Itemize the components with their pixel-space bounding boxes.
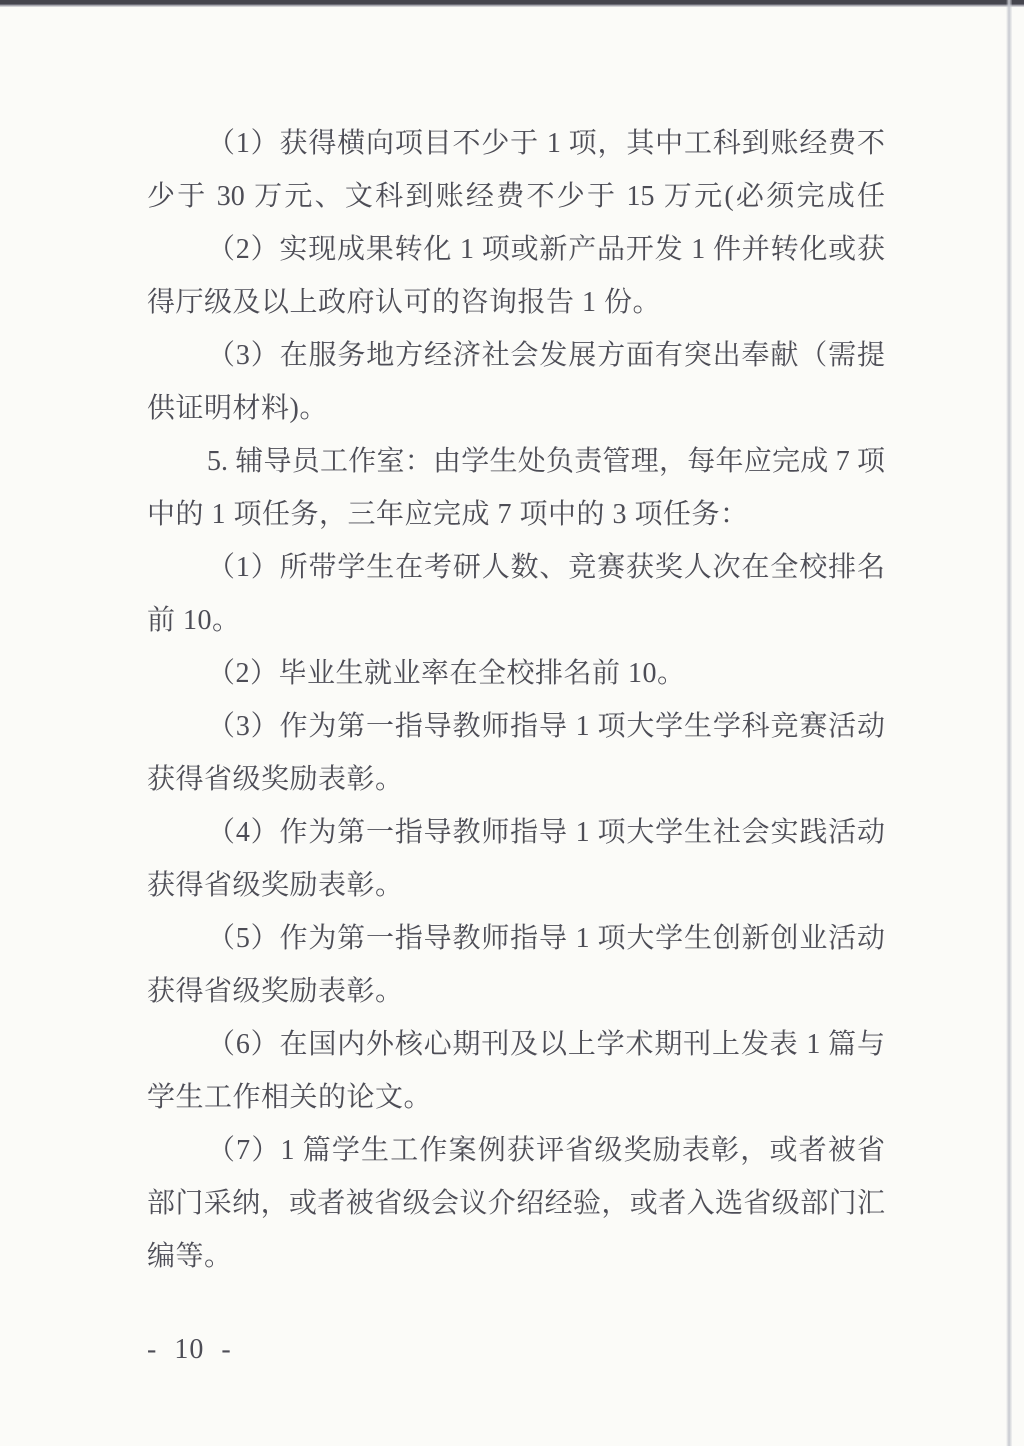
paragraph: （5）作为第一指导教师指导 1 项大学生创新创业活动获得省级奖励表彰。 bbox=[147, 912, 885, 1018]
document-text: （1）获得横向项目不少于 1 项，其中工科到账经费不少于 30 万元、文科到账经… bbox=[147, 117, 885, 1283]
paragraph: （4）作为第一指导教师指导 1 项大学生社会实践活动获得省级奖励表彰。 bbox=[147, 806, 885, 912]
text-line: （1）所带学生在考研人数、竞赛获奖人次在全校排名 bbox=[147, 541, 885, 594]
text-line: 前 10。 bbox=[147, 594, 885, 647]
text-line: 获得省级奖励表彰。 bbox=[147, 859, 885, 912]
text-line: （3）在服务地方经济社会发展方面有突出奉献（需提 bbox=[147, 329, 885, 382]
text-line: （2）毕业生就业率在全校排名前 10。 bbox=[147, 647, 885, 700]
text-line: 学生工作相关的论文。 bbox=[147, 1071, 885, 1124]
text-line: 获得省级奖励表彰。 bbox=[147, 965, 885, 1018]
paragraph: （3）作为第一指导教师指导 1 项大学生学科竞赛活动获得省级奖励表彰。 bbox=[147, 700, 885, 806]
text-line: （2）实现成果转化 1 项或新产品开发 1 件并转化或获 bbox=[147, 223, 885, 276]
text-line: 编等。 bbox=[147, 1230, 885, 1283]
text-line: （7）1 篇学生工作案例获评省级奖励表彰，或者被省级 bbox=[147, 1124, 885, 1177]
text-line: 获得省级奖励表彰。 bbox=[147, 753, 885, 806]
text-line: （1）获得横向项目不少于 1 项，其中工科到账经费不 bbox=[147, 117, 885, 170]
paragraph: 5. 辅导员工作室：由学生处负责管理，每年应完成 7 项中的 1 项任务，三年应… bbox=[147, 435, 885, 541]
scan-edge-right bbox=[1006, 0, 1012, 1446]
text-line: （6）在国内外核心期刊及以上学术期刊上发表 1 篇与 bbox=[147, 1018, 885, 1071]
text-line: 少于 30 万元、文科到账经费不少于 15 万元(必须完成任务)。 bbox=[147, 170, 885, 223]
scan-edge-top bbox=[0, 0, 1024, 7]
text-line: 中的 1 项任务，三年应完成 7 项中的 3 项任务： bbox=[147, 488, 885, 541]
paragraph: （3）在服务地方经济社会发展方面有突出奉献（需提供证明材料)。 bbox=[147, 329, 885, 435]
paragraph: （2）实现成果转化 1 项或新产品开发 1 件并转化或获得厅级及以上政府认可的咨… bbox=[147, 223, 885, 329]
document-page: （1）获得横向项目不少于 1 项，其中工科到账经费不少于 30 万元、文科到账经… bbox=[0, 0, 1024, 1446]
paragraph: （1）获得横向项目不少于 1 项，其中工科到账经费不少于 30 万元、文科到账经… bbox=[147, 117, 885, 223]
text-line: 供证明材料)。 bbox=[147, 382, 885, 435]
text-line: （5）作为第一指导教师指导 1 项大学生创新创业活动 bbox=[147, 912, 885, 965]
text-line: 得厅级及以上政府认可的咨询报告 1 份。 bbox=[147, 276, 885, 329]
text-line: 部门采纳，或者被省级会议介绍经验，或者入选省级部门汇 bbox=[147, 1177, 885, 1230]
paragraph: （2）毕业生就业率在全校排名前 10。 bbox=[147, 647, 885, 700]
paragraph: （7）1 篇学生工作案例获评省级奖励表彰，或者被省级部门采纳，或者被省级会议介绍… bbox=[147, 1124, 885, 1283]
text-line: （3）作为第一指导教师指导 1 项大学生学科竞赛活动 bbox=[147, 700, 885, 753]
page-number: - 10 - bbox=[147, 1330, 232, 1370]
paragraph: （6）在国内外核心期刊及以上学术期刊上发表 1 篇与学生工作相关的论文。 bbox=[147, 1018, 885, 1124]
paragraph: （1）所带学生在考研人数、竞赛获奖人次在全校排名前 10。 bbox=[147, 541, 885, 647]
text-line: （4）作为第一指导教师指导 1 项大学生社会实践活动 bbox=[147, 806, 885, 859]
text-line: 5. 辅导员工作室：由学生处负责管理，每年应完成 7 项 bbox=[147, 435, 885, 488]
